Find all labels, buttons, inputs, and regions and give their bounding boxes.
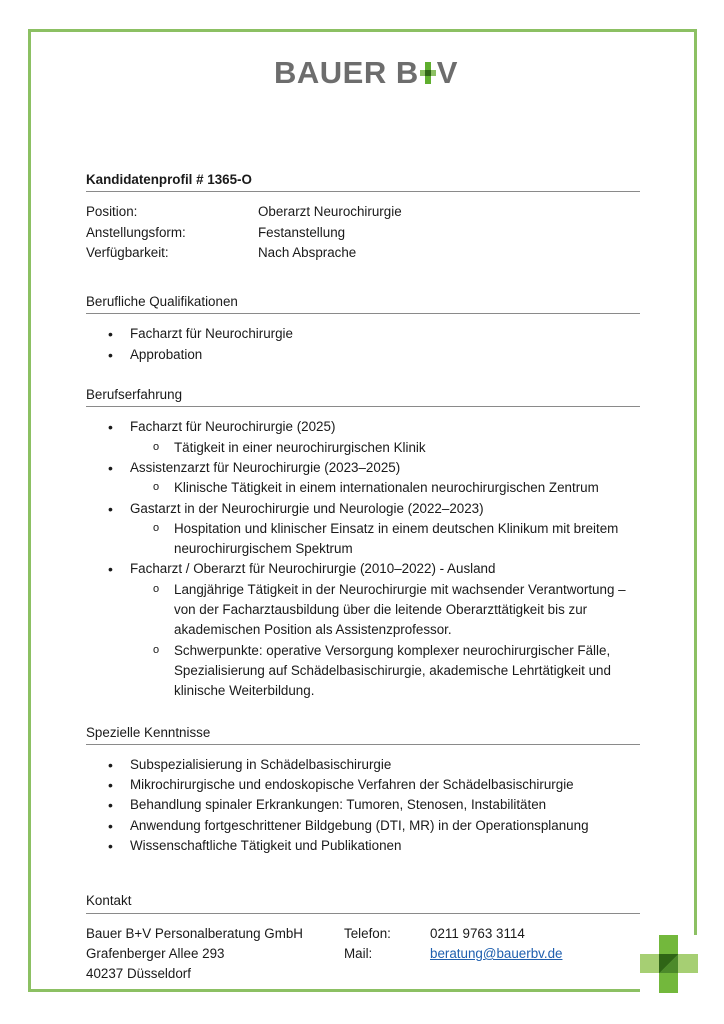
field-value: Oberarzt Neurochirurgie <box>258 202 402 222</box>
logo-text-left: BAUER B <box>274 55 419 90</box>
logo-text-right: V <box>437 55 458 90</box>
field-label: Anstellungsform: <box>86 223 258 243</box>
profile-document: Kandidatenprofil # 1365-O Position:Obera… <box>86 170 640 985</box>
experience-heading: Berufserfahrung <box>86 385 640 407</box>
field-value: Festanstellung <box>258 223 345 243</box>
contact-block: Bauer B+V Personalberatung GmbH Grafenbe… <box>86 924 640 985</box>
field-label: Position: <box>86 202 258 222</box>
skill-item: Subspezialisierung in Schädelbasischirur… <box>86 755 640 775</box>
contact-city: 40237 Düsseldorf <box>86 964 344 984</box>
experience-title: Facharzt / Oberarzt für Neurochirurgie (… <box>130 561 495 576</box>
field-label: Verfügbarkeit: <box>86 243 258 263</box>
company-logo: BAUER BV <box>274 55 458 91</box>
green-plus-icon <box>420 62 436 84</box>
experience-title: Assistenzarzt für Neurochirurgie (2023–2… <box>130 460 400 475</box>
contact-company: Bauer B+V Personalberatung GmbH <box>86 924 344 944</box>
profile-fields: Position:Oberarzt NeurochirurgieAnstellu… <box>86 202 640 263</box>
frame-border-left <box>28 29 31 992</box>
experience-item: Facharzt für Neurochirurgie (2025)Tätigk… <box>86 417 640 458</box>
skill-item: Anwendung fortgeschrittener Bildgebung (… <box>86 816 640 836</box>
experience-item: Gastarzt in der Neurochirurgie und Neuro… <box>86 499 640 560</box>
frame-border-right <box>694 29 697 935</box>
experience-item: Facharzt / Oberarzt für Neurochirurgie (… <box>86 559 640 701</box>
experience-title: Facharzt für Neurochirurgie (2025) <box>130 419 335 434</box>
skill-item: Mikrochirurgische und endoskopische Verf… <box>86 775 640 795</box>
experience-title: Gastarzt in der Neurochirurgie und Neuro… <box>130 501 484 516</box>
phone-number: 0211 9763 3114 <box>430 924 562 944</box>
experience-list: Facharzt für Neurochirurgie (2025)Tätigk… <box>86 417 640 701</box>
frame-border-top <box>28 29 697 32</box>
experience-detail: Klinische Tätigkeit in einem internation… <box>130 478 640 498</box>
qualification-item: Facharzt für Neurochirurgie <box>86 324 640 344</box>
green-cross-icon <box>640 935 698 993</box>
skill-item: Behandlung spinaler Erkrankungen: Tumore… <box>86 795 640 815</box>
qualifications-list: Facharzt für NeurochirurgieApprobation <box>86 324 640 365</box>
experience-details: Klinische Tätigkeit in einem internation… <box>130 478 640 498</box>
profile-field-row: Anstellungsform:Festanstellung <box>86 223 640 243</box>
skills-heading: Spezielle Kenntnisse <box>86 723 640 745</box>
experience-details: Tätigkeit in einer neurochirurgischen Kl… <box>130 438 640 458</box>
experience-item: Assistenzarzt für Neurochirurgie (2023–2… <box>86 458 640 499</box>
mail-label: Mail: <box>344 944 430 964</box>
frame-border-bottom <box>28 989 640 992</box>
skill-item: Wissenschaftliche Tätigkeit und Publikat… <box>86 836 640 856</box>
experience-detail: Langjährige Tätigkeit in der Neurochirur… <box>130 580 640 641</box>
qualification-item: Approbation <box>86 345 640 365</box>
skills-list: Subspezialisierung in Schädelbasischirur… <box>86 755 640 856</box>
field-value: Nach Absprache <box>258 243 356 263</box>
qualifications-heading: Berufliche Qualifikationen <box>86 292 640 314</box>
experience-details: Hospitation und klinischer Einsatz in ei… <box>130 519 640 560</box>
profile-title: Kandidatenprofil # 1365-O <box>86 170 640 192</box>
experience-detail: Schwerpunkte: operative Versorgung kompl… <box>130 641 640 702</box>
contact-street: Grafenberger Allee 293 <box>86 944 344 964</box>
mail-link[interactable]: beratung@bauerbv.de <box>430 946 562 961</box>
experience-detail: Hospitation und klinischer Einsatz in ei… <box>130 519 640 560</box>
experience-details: Langjährige Tätigkeit in der Neurochirur… <box>130 580 640 702</box>
profile-field-row: Position:Oberarzt Neurochirurgie <box>86 202 640 222</box>
contact-heading: Kontakt <box>86 891 640 913</box>
phone-label: Telefon: <box>344 924 430 944</box>
profile-field-row: Verfügbarkeit:Nach Absprache <box>86 243 640 263</box>
experience-detail: Tätigkeit in einer neurochirurgischen Kl… <box>130 438 640 458</box>
